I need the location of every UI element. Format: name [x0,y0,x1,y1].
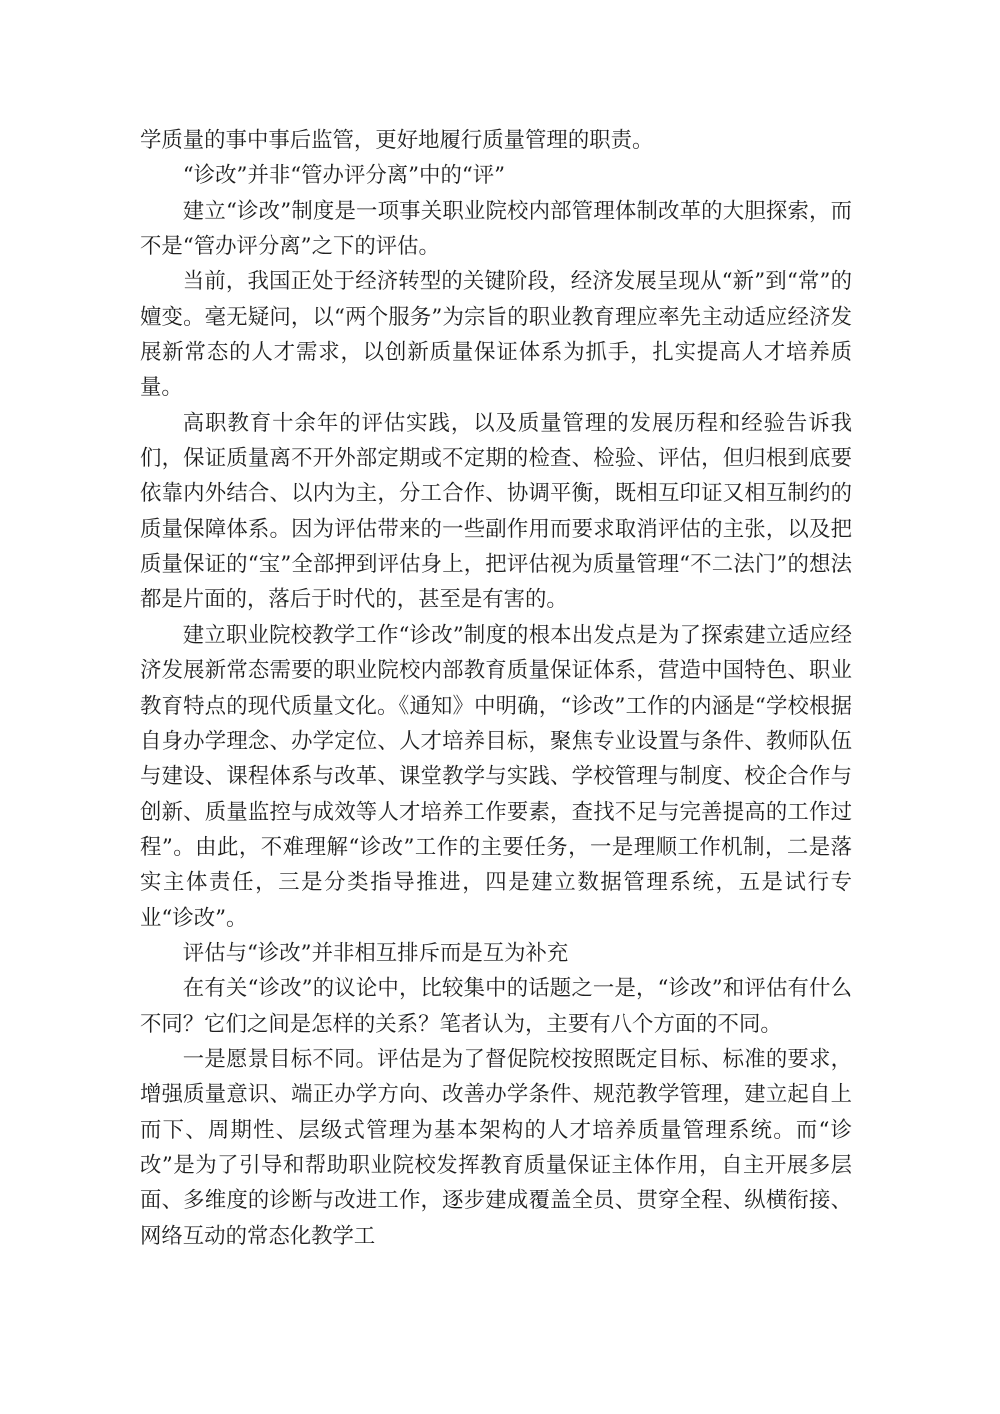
paragraph: 建立职业院校教学工作“诊改”制度的根本出发点是为了探索建立适应经济发展新常态需要… [140,618,852,936]
section-heading-complementary: 评估与“诊改”并非相互排斥而是互为补充 [140,936,852,971]
paragraph: 当前，我国正处于经济转型的关键阶段，经济发展呈现从“新”到“常”的嬗变。毫无疑问… [140,264,852,405]
document-page: 学质量的事中事后监管，更好地履行质量管理的职责。 “诊改”并非“管办评分离”中的… [140,123,852,1254]
paragraph: 建立“诊改”制度是一项事关职业院校内部管理体制改革的大胆探索，而不是“管办评分离… [140,194,852,265]
paragraph: 一是愿景目标不同。评估是为了督促院校按照既定目标、标准的要求，增强质量意识、端正… [140,1042,852,1254]
paragraph: 高职教育十余年的评估实践，以及质量管理的发展历程和经验告诉我们，保证质量离不开外… [140,406,852,618]
section-heading-diagnosis-not-evaluation: “诊改”并非“管办评分离”中的“评” [140,158,852,193]
paragraph: 在有关“诊改”的议论中，比较集中的话题之一是，“诊改”和评估有什么不同？它们之间… [140,971,852,1042]
paragraph-continuation: 学质量的事中事后监管，更好地履行质量管理的职责。 [140,123,852,158]
